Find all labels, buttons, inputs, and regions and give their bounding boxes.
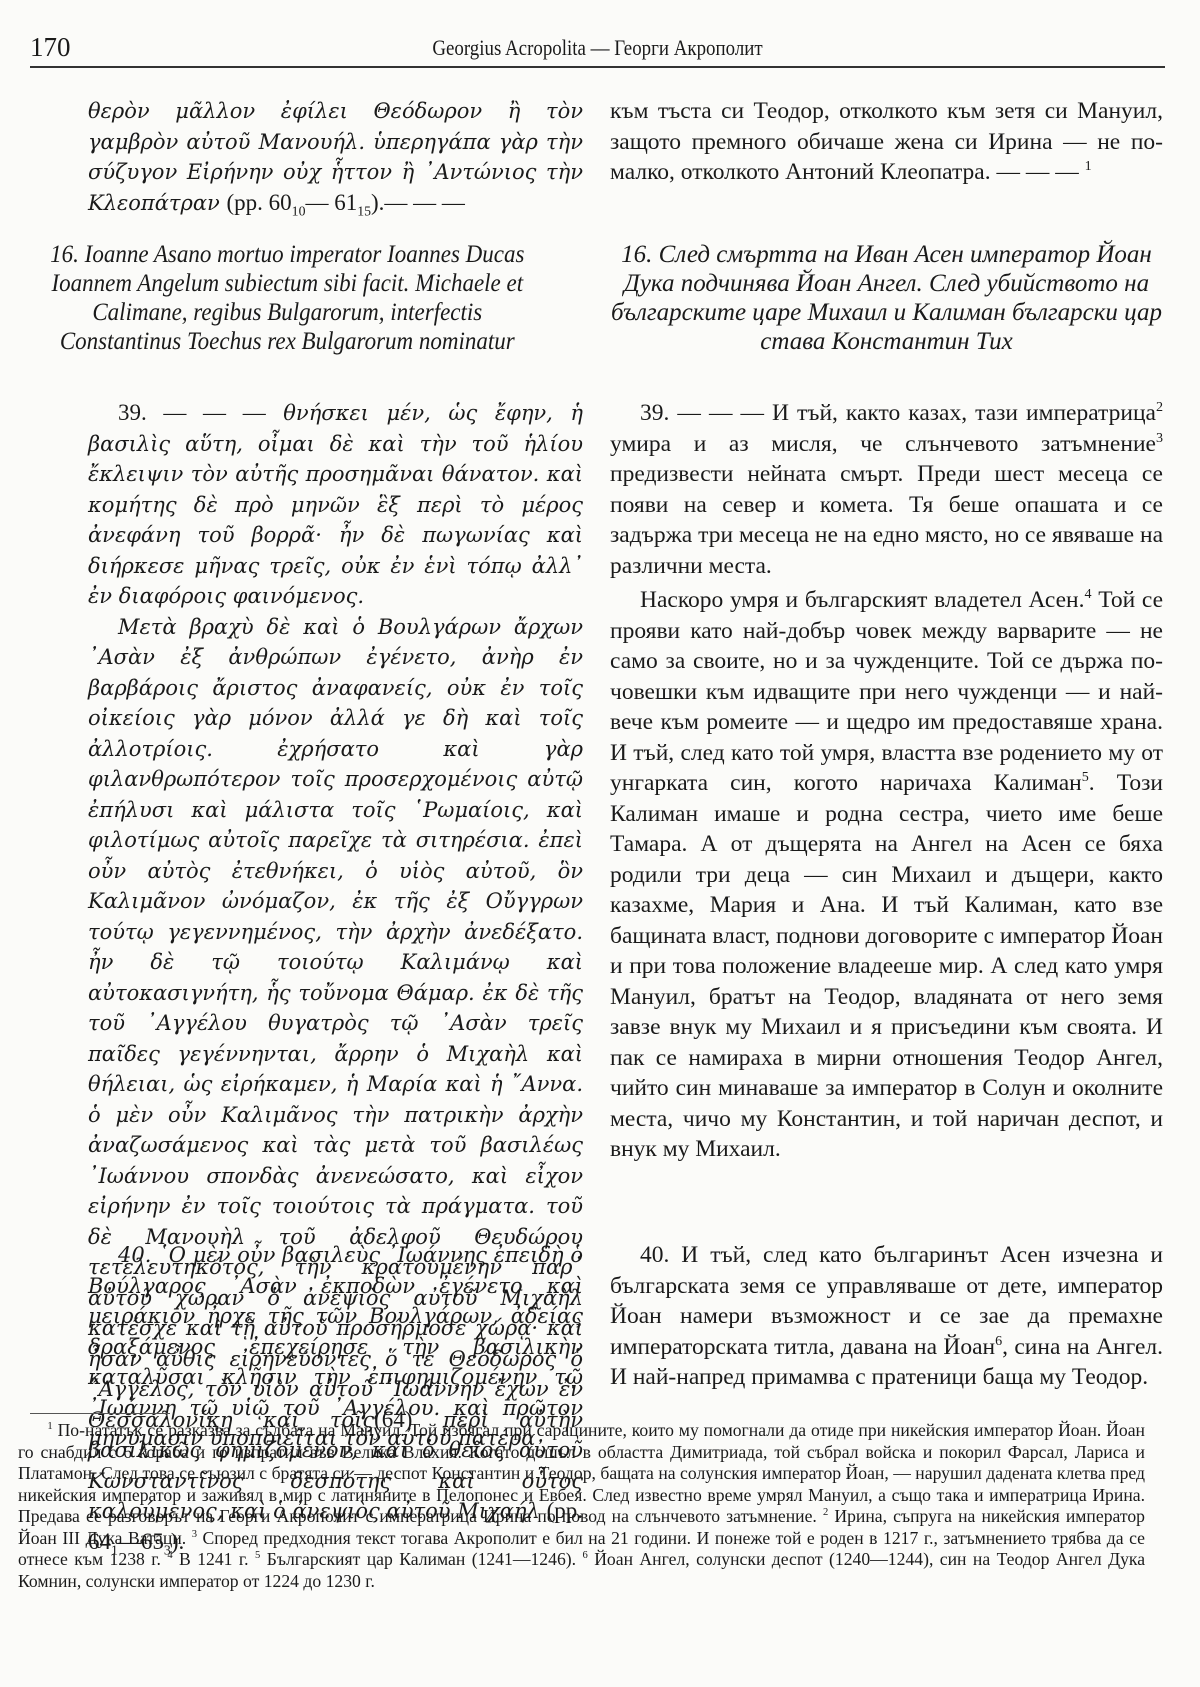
running-title: Georgius Acropolita — Георги Акрополит [109, 35, 1085, 61]
footnote-ref-4[interactable]: 4 [1085, 586, 1092, 602]
footnote-5: Българският цар Калиман (1241—1246). [267, 1549, 576, 1569]
bg-text: предизвести нейната смърт. Преди шест ме… [610, 461, 1163, 579]
bg-text: 39. — — — И тъй, както казах, тази импер… [640, 400, 1156, 426]
greek-text: θνήσκει μέν, ὡς ἔφην, ἡ βασιλὶς αὕτη, οἶ… [88, 401, 583, 608]
footnote-mark: 1 [47, 1420, 52, 1432]
latin-section-heading: 16. Ioanne Asano mortuo imperator Ioanne… [32, 240, 543, 356]
bulgarian-paragraph-39: 39. — — — И тъй, както казах, тази импер… [610, 398, 1163, 1165]
bg-text: умира и аз мисля, че слънчевото затъмнен… [610, 431, 1156, 457]
footnote-rule [30, 1413, 170, 1414]
footnote-mark: 4 [167, 1549, 172, 1561]
footnote-mark: 2 [823, 1506, 828, 1518]
greek-intro-ref: (pp. 6010— 6115).— — — [227, 190, 465, 215]
footnote-ref-1[interactable]: 1 [1085, 158, 1092, 174]
footnotes: 1 По-нататък се разказва за съдбата на М… [18, 1420, 1145, 1592]
bg-text: Той се прояви като най-добър човек между… [610, 587, 1163, 796]
footnote-mark: 6 [582, 1549, 587, 1561]
bulgarian-section-heading: 16. След смъртта на Иван Асен император … [610, 240, 1163, 356]
bulgarian-intro-text: към тъста си Теодор, отколкото към зетя … [610, 98, 1163, 185]
bg-text: . Този Калиман имаше и родна сестра, чие… [610, 770, 1163, 1162]
footnote-ref-3[interactable]: 3 [1156, 430, 1163, 446]
page-number: 170 [30, 32, 71, 63]
footnote-ref-5[interactable]: 5 [1082, 769, 1089, 785]
bulgarian-intro: към тъста си Теодор, отколкото към зетя … [610, 96, 1163, 188]
bulgarian-paragraph-40: 40. И тъй, след като българинът Асен изч… [610, 1240, 1163, 1393]
footnote-4: В 1241 г. [179, 1549, 249, 1569]
header-rule [30, 66, 1165, 68]
footnote-mark: 5 [255, 1549, 260, 1561]
greek-intro: θερὸν μᾶλλον ἐφίλει Θεόδωρον ἢ τὸν γαμβρ… [88, 96, 583, 218]
page-header: 170 Georgius Acropolita — Георги Акропол… [30, 30, 1165, 70]
book-page: 170 Georgius Acropolita — Георги Акропол… [0, 0, 1200, 1687]
paragraph-number: 39. — — — [118, 400, 266, 425]
footnote-mark: 3 [192, 1528, 197, 1540]
bg-text: Наскоро умря и българският владетел Асен… [640, 587, 1085, 613]
footnote-ref-2[interactable]: 2 [1156, 399, 1163, 415]
